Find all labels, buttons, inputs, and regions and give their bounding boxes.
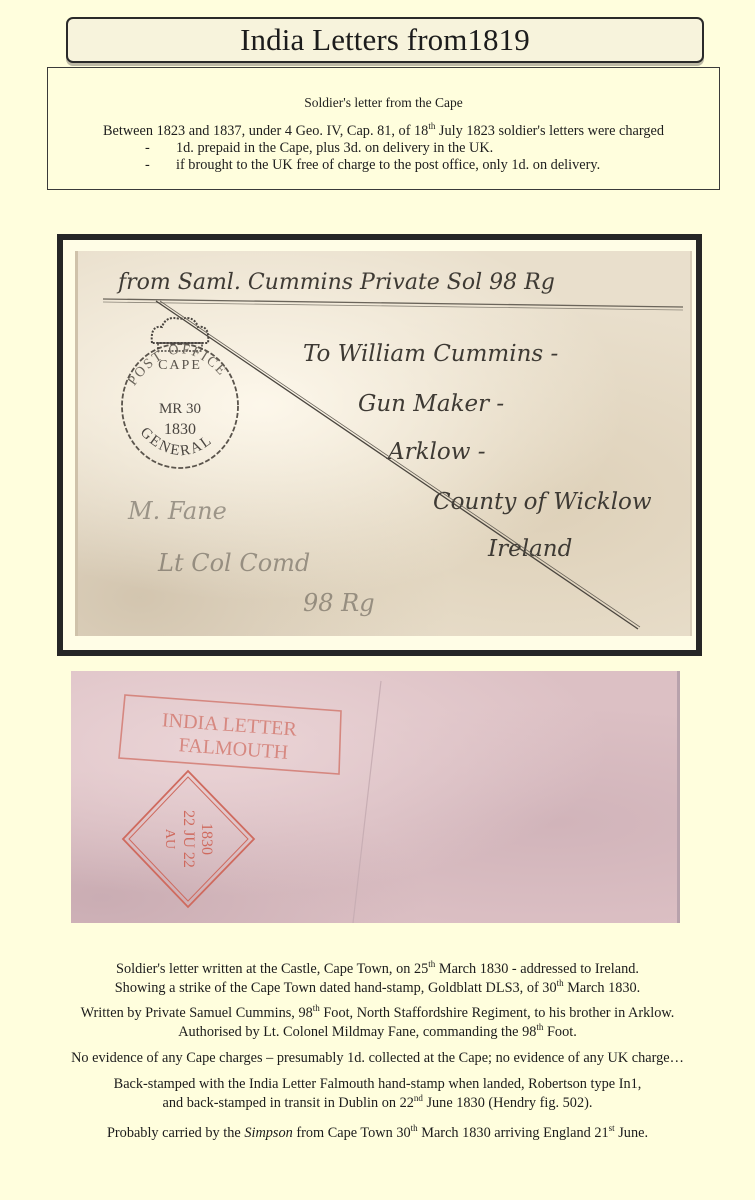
note-carried-by: Probably carried by the Simpson from Cap…	[0, 1124, 755, 1143]
intro-heading: Soldier's letter from the Cape	[48, 95, 719, 111]
note-text: Showing a strike of the Cape Town dated …	[115, 980, 557, 996]
stamp-line: 22 JU 22	[180, 810, 197, 868]
page-title-box: India Letters from1819	[66, 17, 704, 63]
ordinal-suffix: th	[313, 1003, 320, 1013]
postmark-date: MR 30	[159, 401, 201, 417]
endorsement-line: M. Fane	[127, 497, 227, 525]
india-letter-falmouth-stamp: INDIA LETTER FALMOUTH	[119, 695, 341, 774]
endorsement-line: Lt Col Comd	[157, 549, 310, 577]
intro-text: July 1823 soldier's letters were charged	[435, 123, 664, 139]
envelope-back-image: INDIA LETTER FALMOUTH AU 22 JU 22 1830	[71, 671, 680, 923]
sender-handwriting: from Saml. Cummins Private Sol 98 Rg	[116, 270, 555, 295]
note-text: Foot.	[543, 1024, 576, 1040]
note-text: March 1830 - addressed to Ireland.	[435, 961, 639, 977]
envelope-front-image: from Saml. Cummins Private Sol 98 Rg CAP…	[75, 251, 692, 636]
note-text: Soldier's letter written at the Castle, …	[116, 961, 428, 977]
bullet-text: 1d. prepaid in the Cape, plus 3d. on del…	[176, 140, 493, 157]
ordinal-suffix: th	[411, 1123, 418, 1133]
postmark-year: 1830	[164, 421, 196, 438]
note-text: Back-stamped with the India Letter Falmo…	[0, 1075, 755, 1094]
ordinal-suffix: th	[557, 978, 564, 988]
intro-bullet: -if brought to the UK free of charge to …	[145, 157, 600, 174]
dublin-diamond-stamp: AU 22 JU 22 1830	[123, 771, 254, 907]
note-text: Written by Private Samuel Cummins, 98	[81, 1005, 313, 1021]
intro-bullet-list: -1d. prepaid in the Cape, plus 3d. on de…	[145, 140, 600, 174]
address-line: Gun Maker -	[358, 391, 504, 417]
note-text: June 1830 (Hendry fig. 502).	[423, 1095, 593, 1111]
page-title: India Letters from1819	[240, 22, 530, 58]
address-line: Arklow -	[386, 439, 486, 465]
note-written-at-castle: Soldier's letter written at the Castle, …	[0, 960, 755, 998]
envelope-front-frame: from Saml. Cummins Private Sol 98 Rg CAP…	[57, 234, 702, 656]
endorsement-line: 98 Rg	[303, 589, 375, 617]
bullet-dash: -	[145, 157, 176, 174]
note-charges: No evidence of any Cape charges – presum…	[0, 1049, 755, 1068]
stamp-line: 1830	[198, 823, 215, 855]
address-line: To William Cummins -	[303, 341, 558, 367]
note-text: No evidence of any Cape charges – presum…	[0, 1049, 755, 1068]
note-written-by: Written by Private Samuel Cummins, 98th …	[0, 1004, 755, 1042]
bullet-text: if brought to the UK free of charge to t…	[176, 157, 600, 174]
stamp-line: AU	[162, 829, 177, 849]
note-text: Probably carried by the	[107, 1125, 244, 1141]
note-text: Foot, North Staffordshire Regiment, to h…	[320, 1005, 675, 1021]
address-line: Ireland	[487, 536, 572, 562]
bullet-dash: -	[145, 140, 176, 157]
intro-bullet: -1d. prepaid in the Cape, plus 3d. on de…	[145, 140, 600, 157]
endorsement-signature: M. Fane Lt Col Comd 98 Rg	[127, 497, 375, 617]
note-text: June.	[615, 1125, 648, 1141]
envelope-front-drawing: from Saml. Cummins Private Sol 98 Rg CAP…	[78, 251, 690, 636]
note-text: Authorised by Lt. Colonel Mildmay Fane, …	[178, 1024, 536, 1040]
intro-paragraph: Between 1823 and 1837, under 4 Geo. IV, …	[48, 123, 719, 140]
note-backstamps: Back-stamped with the India Letter Falmo…	[0, 1075, 755, 1113]
postmark-cape-general: CAPE MR 30 1830 GENERAL POST OFFICE	[122, 318, 238, 468]
note-text: and back-stamped in transit in Dublin on…	[163, 1095, 414, 1111]
intro-box: Soldier's letter from the Cape Between 1…	[47, 67, 720, 190]
note-text: from Cape Town 30	[293, 1125, 411, 1141]
note-text: March 1830.	[564, 980, 641, 996]
ordinal-suffix: nd	[414, 1093, 423, 1103]
ship-name: Simpson	[244, 1125, 292, 1141]
note-text: March 1830 arriving England 21	[418, 1125, 609, 1141]
envelope-back-drawing: INDIA LETTER FALMOUTH AU 22 JU 22 1830	[71, 671, 677, 923]
intro-text: Between 1823 and 1837, under 4 Geo. IV, …	[103, 123, 428, 139]
